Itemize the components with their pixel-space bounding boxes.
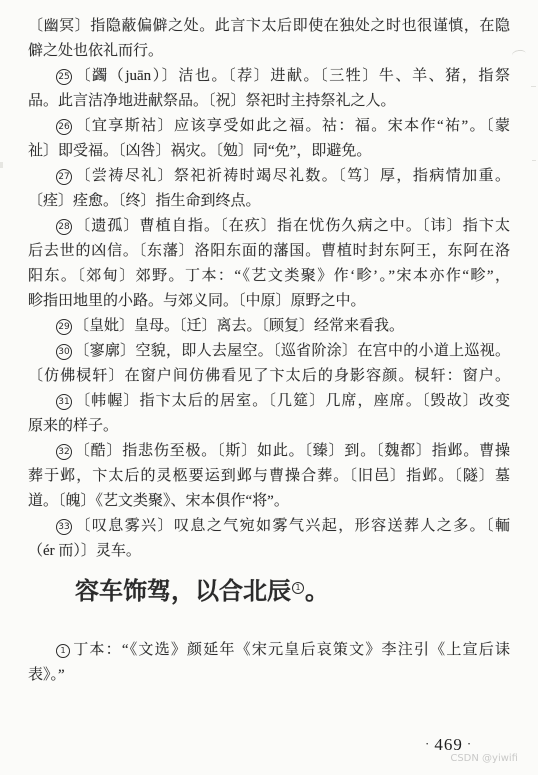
csdn-watermark: CSDN @yiwifi (450, 753, 518, 764)
line-text: 〔尝祷尽礼〕祭祀祈祷时竭尽礼数。〔笃〕厚，指病情加重。 (74, 168, 510, 184)
text-line: （ér 而）〕灵车。 (28, 539, 510, 564)
line-text: 〔叹息雾兴〕叹息之气宛如雾气兴起，形容送葬人之多。〔輀 (74, 518, 510, 534)
text-line: 26〔宜享斯祜〕应该享受如此之福。祜：福。宋本作“祐”。〔蒙 (28, 114, 510, 139)
circled-number: 26 (56, 119, 72, 135)
text-line: 葬于邺，卞太后的灵柩要运到邺与曹操合葬。〔旧邑〕指邺。〔隧〕墓 (28, 464, 510, 489)
footer-dot-left: · (421, 736, 434, 751)
verse-heading: 容车饰驾，以合北辰1。 (75, 576, 510, 608)
circled-number: 29 (56, 319, 72, 335)
line-text: 僻之处也依礼而行。 (28, 43, 163, 59)
verse-text: 容车饰驾，以合北辰 (75, 579, 291, 605)
line-text: 畛指田地里的小路。与郊义同。〔中原〕原野之中。 (28, 293, 366, 309)
text-line: 后去世的凶信。〔东藩〕洛阳东面的藩国。曹植时封东阿王，东阿在洛 (28, 239, 510, 264)
circled-number: 32 (56, 444, 72, 460)
circled-number: 25 (56, 69, 72, 85)
line-text: 道。〔魄〕《艺文类聚》、宋本俱作“将”。 (28, 493, 289, 509)
footer-dot-right: · (463, 736, 476, 751)
page-footer: ·469· (421, 735, 476, 755)
text-line: 〔仿佛棂轩〕在窗户间仿佛看见了卞太后的身影容颜。棂轩：窗户。 (28, 364, 510, 389)
line-text: 丁本：“《文选》颜延年《宋元皇后哀策文》李注引《上宣后诔 (72, 642, 510, 658)
line-text: 〔仿佛棂轩〕在窗户间仿佛看见了卞太后的身影容颜。棂轩：窗户。 (28, 368, 510, 384)
text-line: 〔痊〕痊愈。〔终〕指生命到终点。 (28, 189, 510, 214)
circled-number: 1 (56, 644, 70, 658)
book-page: 〔幽冥〕指隐蔽偏僻之处。此言卞太后即使在独处之时也很谨慎，在隐僻之处也依礼而行。… (0, 0, 538, 775)
text-line: 〔幽冥〕指隐蔽偏僻之处。此言卞太后即使在独处之时也很谨慎，在隐 (28, 14, 510, 39)
text-line: 阳东。〔郊甸〕郊野。丁本：“《艺文类聚》作‘畛’。”宋本亦作“畛”， (28, 264, 510, 289)
circled-number: 28 (56, 219, 72, 235)
line-text: 〔皇妣〕皇母。〔迁〕离去。〔顾复〕经常来看我。 (74, 318, 404, 334)
line-text: 〔蠲（juān）〕洁也。〔荐〕进献。〔三牲〕牛、羊、猪，指祭 (74, 68, 510, 84)
circled-number: 31 (56, 394, 72, 410)
line-text: 祉〕即受福。〔凶咎〕祸灾。〔勉〕同“免”，即避免。 (28, 143, 371, 159)
line-text: 表》。” (28, 667, 65, 683)
footnote-block: 1丁本：“《文选》颜延年《宋元皇后哀策文》李注引《上宣后诔表》。” (28, 638, 510, 688)
text-line: 原来的样子。 (28, 414, 510, 439)
footnote-ref-mark: 1 (292, 582, 304, 594)
text-line: 25〔蠲（juān）〕洁也。〔荐〕进献。〔三牲〕牛、羊、猪，指祭 (28, 64, 510, 89)
circled-number: 33 (56, 519, 72, 535)
line-text: 品。此言洁净地进献祭品。〔祝〕祭祀时主持祭礼之人。 (28, 93, 396, 109)
text-line: 1丁本：“《文选》颜延年《宋元皇后哀策文》李注引《上宣后诔 (28, 638, 510, 663)
line-text: 〔寥廓〕空貌，即人去屋空。〔巡省阶涂〕在宫中的小道上巡视。 (74, 343, 510, 359)
line-text: 原来的样子。 (28, 418, 118, 434)
line-text: 〔酷〕指悲伤至极。〔斯〕如此。〔臻〕到。〔魏都〕指邺。曹操 (74, 443, 510, 459)
line-text: 〔遗孤〕曹植自指。〔在疚〕指在忧伤久病之中。〔讳〕指卞太 (74, 218, 510, 234)
text-line: 29〔皇妣〕皇母。〔迁〕离去。〔顾复〕经常来看我。 (28, 314, 510, 339)
text-line: 祉〕即受福。〔凶咎〕祸灾。〔勉〕同“免”，即避免。 (28, 139, 510, 164)
line-text: 葬于邺，卞太后的灵柩要运到邺与曹操合葬。〔旧邑〕指邺。〔隧〕墓 (28, 468, 510, 484)
line-text: 〔帏幄〕指卞太后的居室。〔几筵〕几席，座席。〔毁故〕改变 (74, 393, 510, 409)
text-line: 品。此言洁净地进献祭品。〔祝〕祭祀时主持祭礼之人。 (28, 89, 510, 114)
page-number: 469 (434, 735, 463, 754)
text-line: 27〔尝祷尽礼〕祭祀祈祷时竭尽礼数。〔笃〕厚，指病情加重。 (28, 164, 510, 189)
text-line: 32〔酷〕指悲伤至极。〔斯〕如此。〔臻〕到。〔魏都〕指邺。曹操 (28, 439, 510, 464)
text-line: 33〔叹息雾兴〕叹息之气宛如雾气兴起，形容送葬人之多。〔輀 (28, 514, 510, 539)
line-text: 阳东。〔郊甸〕郊野。丁本：“《艺文类聚》作‘畛’。”宋本亦作“畛”， (28, 268, 510, 284)
text-line: 31〔帏幄〕指卞太后的居室。〔几筵〕几席，座席。〔毁故〕改变 (28, 389, 510, 414)
text-line: 30〔寥廓〕空貌，即人去屋空。〔巡省阶涂〕在宫中的小道上巡视。 (28, 339, 510, 364)
line-text: 后去世的凶信。〔东藩〕洛阳东面的藩国。曹植时封东阿王，东阿在洛 (28, 243, 510, 259)
verse-period: 。 (305, 579, 329, 605)
text-line: 道。〔魄〕《艺文类聚》、宋本俱作“将”。 (28, 489, 510, 514)
line-text: 〔痊〕痊愈。〔终〕指生命到终点。 (28, 193, 261, 209)
line-text: 〔宜享斯祜〕应该享受如此之福。祜：福。宋本作“祐”。〔蒙 (74, 118, 510, 134)
text-line: 畛指田地里的小路。与郊义同。〔中原〕原野之中。 (28, 289, 510, 314)
text-line: 僻之处也依礼而行。 (28, 39, 510, 64)
annotations-block: 〔幽冥〕指隐蔽偏僻之处。此言卞太后即使在独处之时也很谨慎，在隐僻之处也依礼而行。… (0, 0, 538, 564)
text-line: 28〔遗孤〕曹植自指。〔在疚〕指在忧伤久病之中。〔讳〕指卞太 (28, 214, 510, 239)
circled-number: 27 (56, 169, 72, 185)
line-text: 〔幽冥〕指隐蔽偏僻之处。此言卞太后即使在独处之时也很谨慎，在隐 (28, 18, 510, 34)
line-text: （ér 而）〕灵车。 (28, 543, 141, 559)
text-line: 表》。” (28, 663, 510, 688)
circled-number: 30 (56, 344, 72, 360)
